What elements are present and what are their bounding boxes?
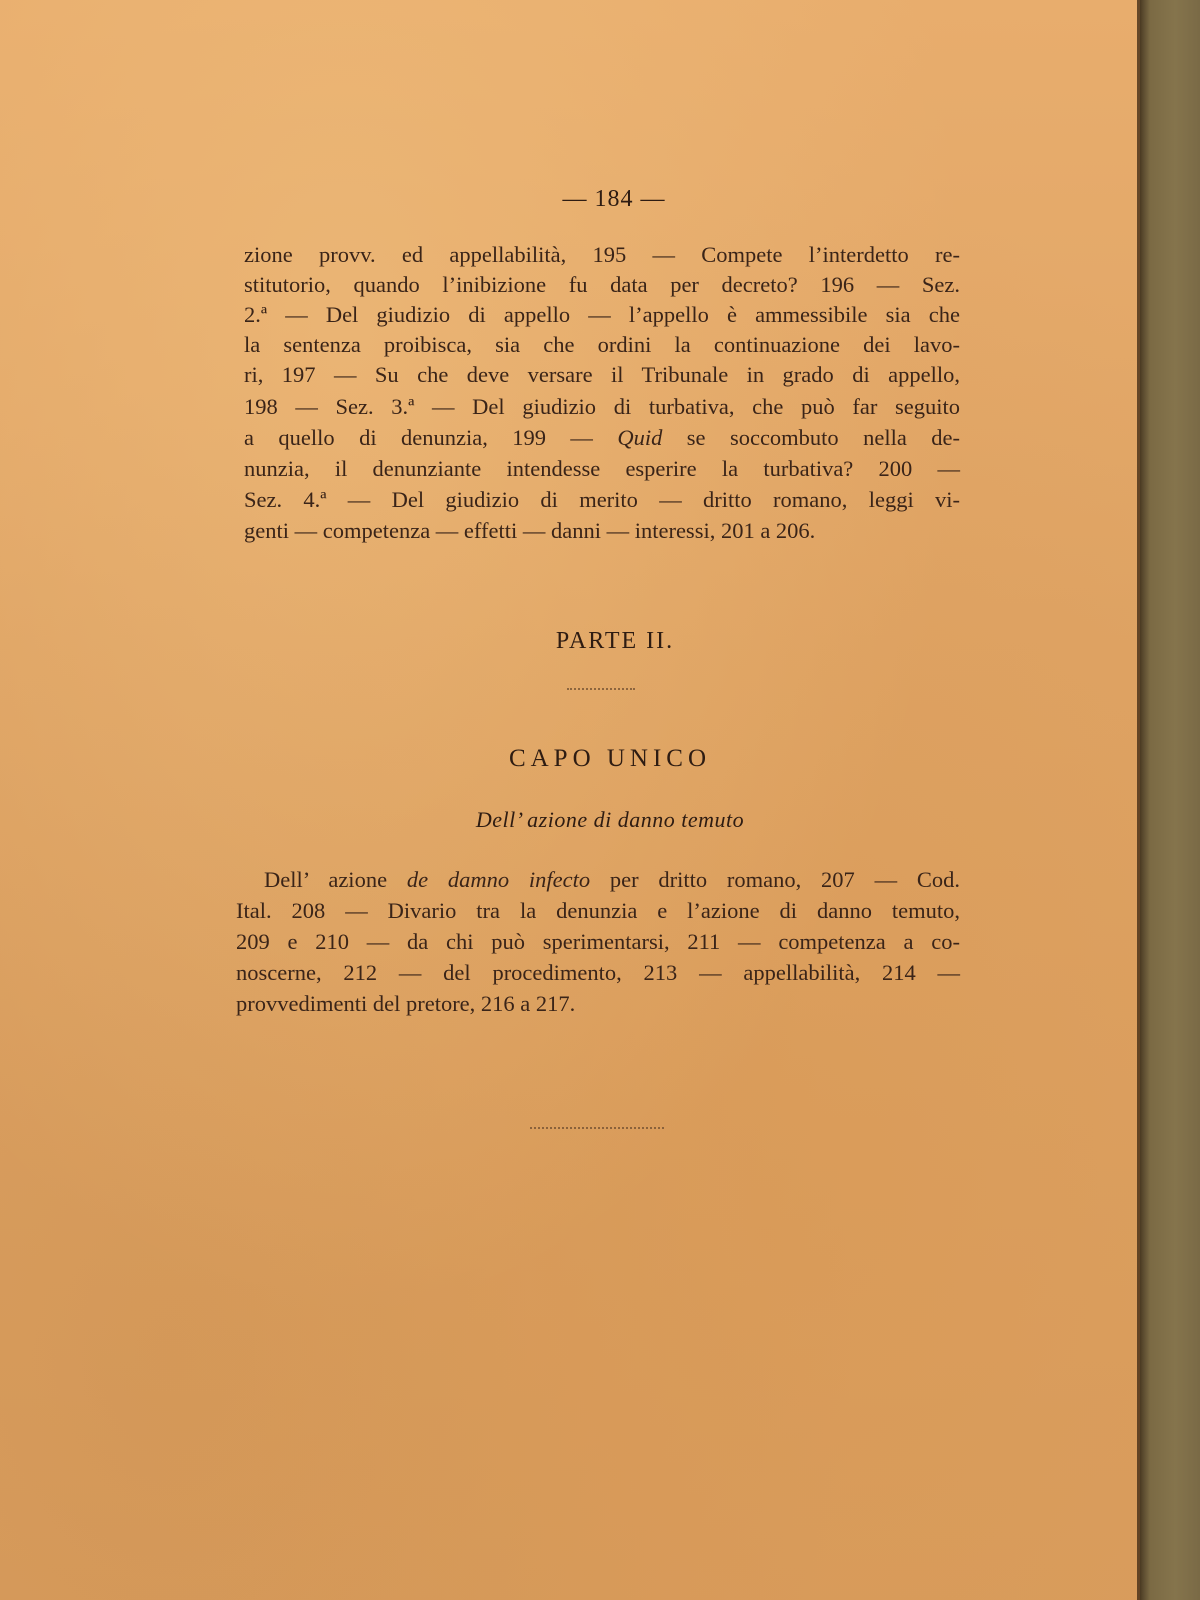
text-line: 198 — Sez. 3.ª — Del giudizio di turbati… bbox=[244, 392, 960, 422]
end-ornament-divider bbox=[530, 1127, 664, 1133]
chapter-heading: CAPO UNICO bbox=[0, 745, 1200, 773]
text-line: noscerne, 212 — del procedimento, 213 — … bbox=[236, 958, 960, 988]
text-segment: Dell’ azione bbox=[264, 867, 407, 892]
italic-term: Quid bbox=[617, 425, 662, 450]
chapter-heading-text: CAPO UNICO bbox=[509, 745, 711, 773]
page-number: — 184 — bbox=[0, 186, 1200, 213]
part-heading-text: PARTE II. bbox=[556, 628, 674, 655]
book-cover-edge bbox=[1140, 0, 1200, 1600]
text-segment: a quello di denunzia, 199 — bbox=[244, 425, 617, 450]
text-segment: per dritto romano, 207 — Cod. bbox=[590, 867, 960, 892]
chapter-subtitle: Dell’ azione di danno temuto bbox=[0, 807, 1200, 833]
text-line: nunzia, il denunziante intendesse esperi… bbox=[244, 454, 960, 484]
text-line: Sez. 4.ª — Del giudizio di merito — drit… bbox=[244, 485, 960, 515]
text-line: provvedimenti del pretore, 216 a 217. bbox=[236, 989, 960, 1019]
italic-term: de damno infecto bbox=[407, 867, 590, 892]
text-line: ri, 197 — Su che deve versare il Tribuna… bbox=[244, 360, 960, 390]
text-line: stitutorio, quando l’inibizione fu data … bbox=[244, 270, 960, 300]
part-heading: PARTE II. bbox=[0, 628, 1200, 655]
text-segment: se soccombuto nella de- bbox=[662, 425, 960, 450]
text-line: genti — competenza — effetti — danni — i… bbox=[244, 516, 960, 546]
text-line: Ital. 208 — Divario tra la denunzia e l’… bbox=[236, 896, 960, 926]
chapter-subtitle-text: Dell’ azione di danno temuto bbox=[476, 807, 744, 833]
text-line: 209 e 210 — da chi può sperimentarsi, 21… bbox=[236, 927, 960, 957]
text-line-with-italic: a quello di denunzia, 199 — Quid se socc… bbox=[244, 423, 960, 453]
text-line: zione provv. ed appellabilità, 195 — Com… bbox=[244, 240, 960, 270]
text-line: la sentenza proibisca, sia che ordini la… bbox=[244, 330, 960, 360]
text-line: 2.ª — Del giudizio di appello — l’appell… bbox=[244, 300, 960, 330]
text-line-with-italic: Dell’ azione de damno infecto per dritto… bbox=[264, 865, 960, 895]
page-number-text: — 184 — bbox=[563, 186, 666, 213]
ornament-divider bbox=[567, 688, 635, 694]
